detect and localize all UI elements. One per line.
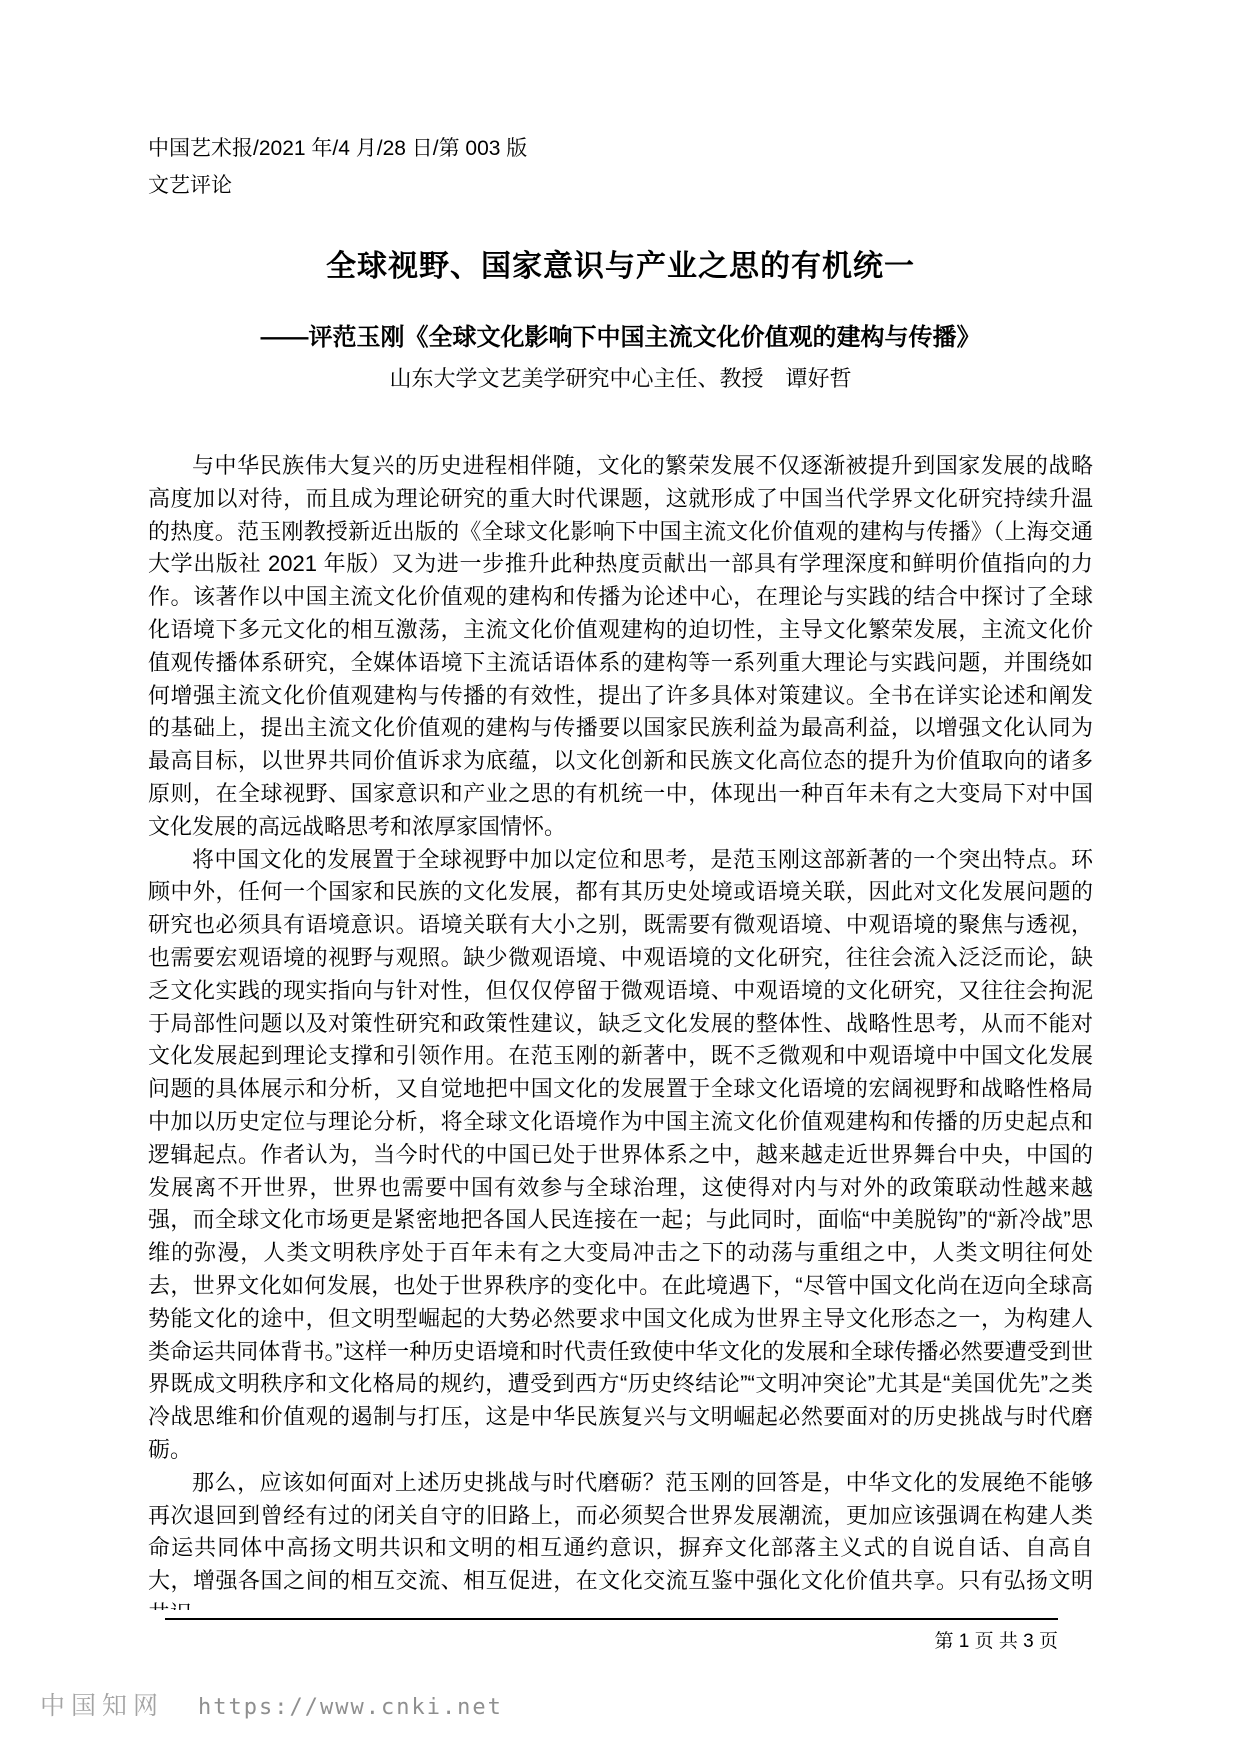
page-indicator: 第 1 页 共 3 页 (934, 1631, 1058, 1652)
article-subtitle: ——评范玉刚《全球文化影响下中国主流文化价值观的建构与传播》 (100, 317, 1141, 352)
article-byline: 山东大学文艺美学研究中心主任、教授 谭好哲 (148, 362, 1093, 393)
publication-line: 中国艺术报/2021 年/4 月/28 日/第 003 版 (148, 130, 1093, 167)
cnki-url: https://www.cnki.net (198, 1695, 503, 1720)
paragraph-1: 与中华民族伟大复兴的历史进程相伴随，文化的繁荣发展不仅逐渐被提升到国家发展的战略… (148, 450, 1093, 844)
section-label: 文艺评论 (148, 167, 1093, 204)
article-title: 全球视野、国家意识与产业之思的有机统一 (148, 241, 1093, 285)
paragraph-2: 将中国文化的发展置于全球视野中加以定位和思考，是范玉刚这部新著的一个突出特点。环… (148, 844, 1093, 1467)
document-page: 中国艺术报/2021 年/4 月/28 日/第 003 版 文艺评论 全球视野、… (0, 0, 1241, 1755)
paragraph-3: 那么，应该如何面对上述历史挑战与时代磨砺？范玉刚的回答是，中华文化的发展绝不能够… (148, 1467, 1093, 1610)
cnki-logo-text: 中国知网 (40, 1686, 164, 1722)
article-body: 与中华民族伟大复兴的历史进程相伴随，文化的繁荣发展不仅逐渐被提升到国家发展的战略… (148, 450, 1093, 1610)
page-footer: 第 1 页 共 3 页 (165, 1618, 1058, 1653)
cnki-watermark: 中国知网 https://www.cnki.net (40, 1686, 503, 1722)
masthead: 中国艺术报/2021 年/4 月/28 日/第 003 版 文艺评论 (148, 130, 1093, 204)
